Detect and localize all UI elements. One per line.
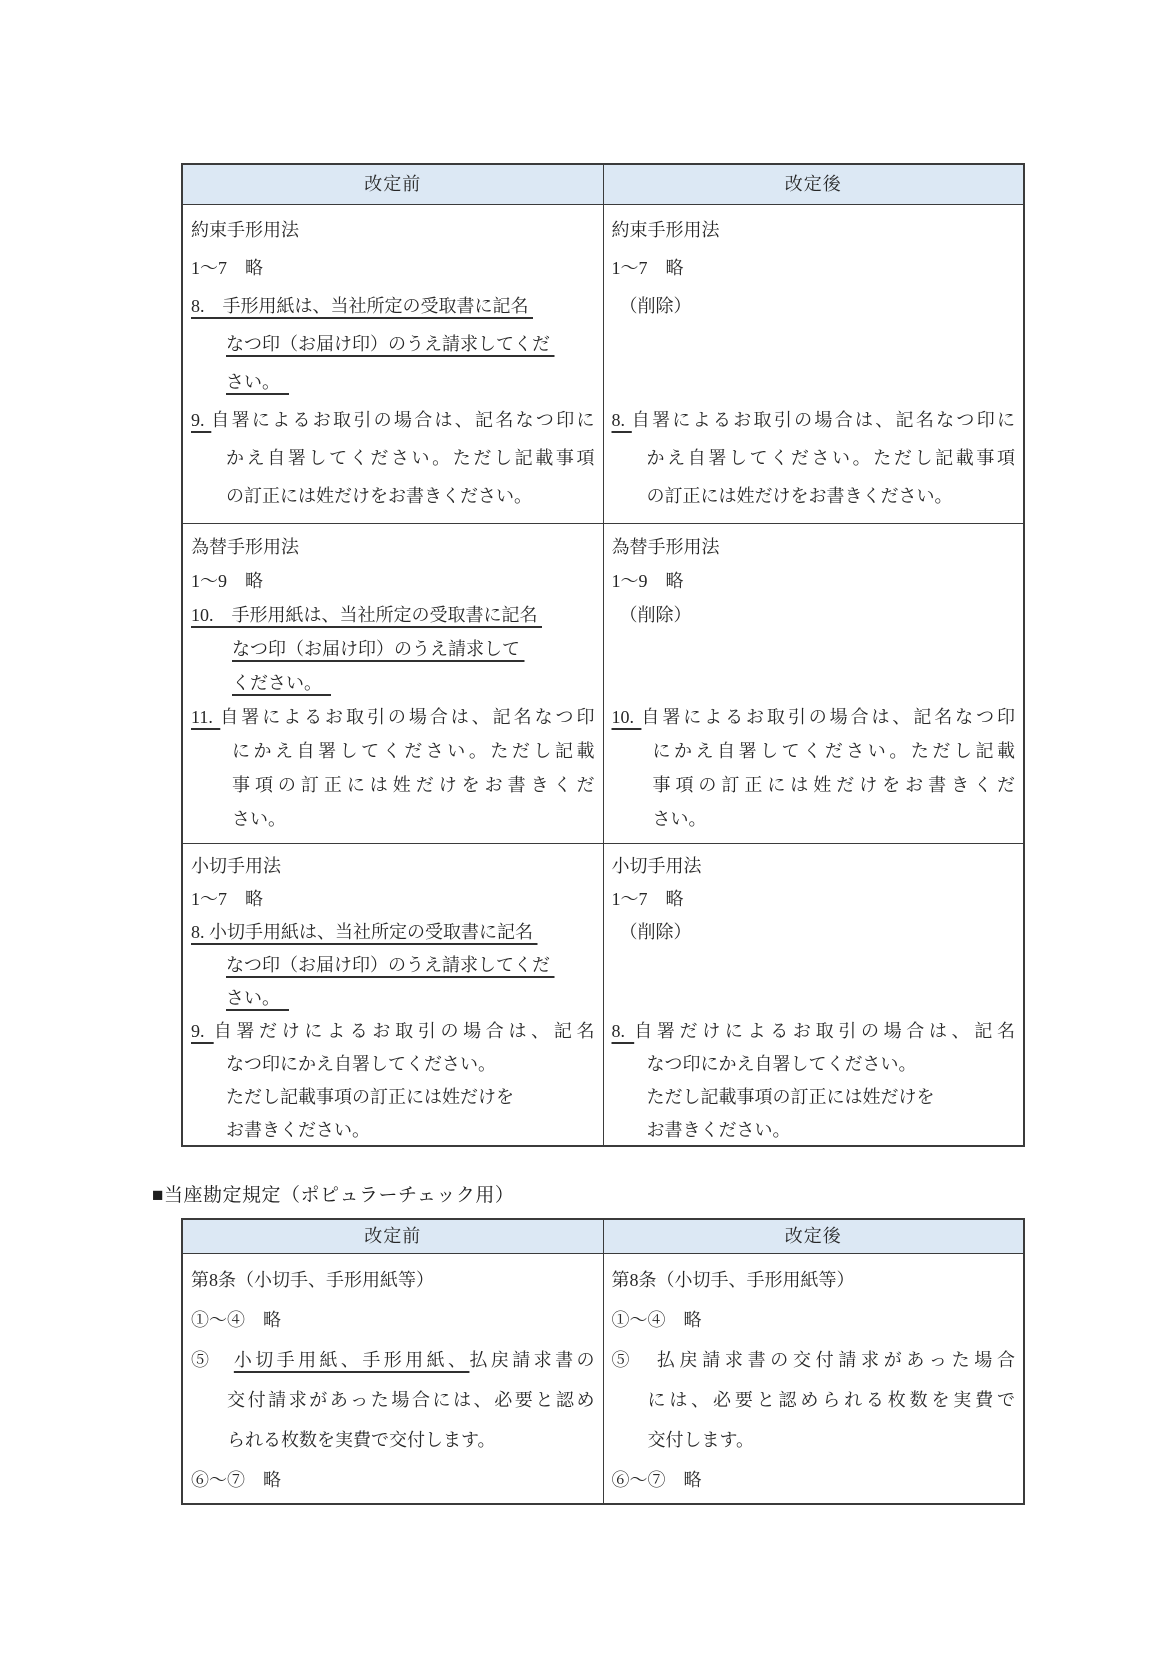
text-line: の訂正には姓だけをお書きください。 [191, 477, 595, 515]
text-line: には、必要と認められる枚数を実費で [612, 1380, 1016, 1420]
text-line: なつ印（お届け印）のうえ請求してくだ [191, 949, 595, 982]
text-line: にかえ自署してください。ただし記載 [191, 734, 595, 768]
text-line: 9. 自署だけによるお取引の場合は、記名 [191, 1015, 595, 1048]
text-segment: 交付します。 [648, 1430, 755, 1450]
text-segment: 為替手形用法 [612, 537, 720, 557]
table-row: 約束手形用法1～7 略8. 手形用紙は、当社所定の受取書に記名 なつ印（お届け印… [183, 205, 1023, 524]
text-line: 約束手形用法 [612, 211, 1016, 249]
text-segment: 自署だけによるお取引の場合は、記名 [214, 1021, 595, 1041]
text-line: 1～7 略 [612, 249, 1016, 287]
text-line: 10. 自署によるお取引の場合は、記名なつ印 [612, 700, 1016, 734]
text-segment: 第8条（小切手、手形用紙等） [612, 1270, 855, 1290]
underlined-text: なつ印（お届け印）のうえ請求してくだ [226, 955, 555, 975]
text-line: 8. 小切手用紙は、当社所定の受取書に記名 [191, 916, 595, 949]
cell-before-revision: 為替手形用法1～9 略10. 手形用紙は、当社所定の受取書に記名 なつ印（お届け… [183, 524, 603, 843]
underlined-text: 小切手用紙、手形用紙、 [234, 1350, 470, 1370]
text-segment: ①～④ 略 [191, 1310, 281, 1330]
underlined-text: 8. 小切手用紙は、当社所定の受取書に記名 [191, 922, 538, 942]
column-header-after: 改定後 [603, 1220, 1024, 1253]
underlined-text: 8. [612, 410, 632, 430]
text-segment: ⑤ [191, 1350, 234, 1370]
text-segment: 1～7 略 [191, 889, 263, 909]
text-line: ①～④ 略 [191, 1300, 595, 1340]
text-segment: られる枚数を実費で交付します。 [227, 1430, 496, 1450]
text-segment: 交付請求があった場合には、必要と認め [227, 1390, 595, 1410]
text-line [612, 632, 1016, 666]
text-segment: なつ印にかえ自署してください。 [647, 1054, 917, 1074]
text-line: 1～7 略 [191, 249, 595, 287]
text-segment: （削除） [620, 922, 692, 942]
table-row: 小切手用法1～7 略8. 小切手用紙は、当社所定の受取書に記名 なつ印（お届け印… [183, 844, 1023, 1145]
text-line: 第8条（小切手、手形用紙等） [612, 1260, 1016, 1300]
text-segment: の訂正には姓だけをお書きください。 [647, 486, 953, 506]
text-line: 小切手用法 [612, 850, 1016, 883]
text-line: ⑥～⑦ 略 [191, 1460, 595, 1500]
text-line: 1～7 略 [612, 883, 1016, 916]
cell-after-revision: 為替手形用法1～9 略（削除） 10. 自署によるお取引の場合は、記名なつ印にか… [603, 524, 1024, 843]
usage-rules-revision-table: 改定前改定後約束手形用法1～7 略8. 手形用紙は、当社所定の受取書に記名 なつ… [181, 163, 1025, 1147]
underlined-text: ください。 [232, 673, 331, 693]
document-page: 改定前改定後約束手形用法1～7 略8. 手形用紙は、当社所定の受取書に記名 なつ… [0, 0, 1170, 1653]
text-line: さい。 [191, 363, 595, 401]
table-header-row: 改定前改定後 [183, 1220, 1023, 1254]
text-segment: ⑥～⑦ 略 [191, 1470, 281, 1490]
underlined-text: 8. 手形用紙は、当社所定の受取書に記名 [191, 296, 533, 316]
text-segment: 約束手形用法 [612, 220, 720, 240]
underlined-text: 9. [191, 410, 211, 430]
text-segment: ⑤ 払戻請求書の交付請求があった場合 [612, 1350, 1016, 1370]
text-line: 11. 自署によるお取引の場合は、記名なつ印 [191, 700, 595, 734]
text-line: さい。 [191, 802, 595, 836]
column-header-before: 改定前 [183, 1220, 603, 1253]
underlined-text: なつ印（お届け印）のうえ請求して [232, 639, 525, 659]
section-heading: ■当座勘定規定（ポピュラーチェック用） [152, 1180, 514, 1207]
text-line: （削除） [612, 287, 1016, 325]
text-segment: ただし記載事項の訂正には姓だけを [647, 1087, 935, 1107]
text-line: ください。 [191, 666, 595, 700]
text-line: ただし記載事項の訂正には姓だけを [612, 1081, 1016, 1114]
text-segment: 事項の訂正には姓だけをお書きくだ [653, 775, 1016, 795]
text-line: にかえ自署してください。ただし記載 [612, 734, 1016, 768]
underlined-text: 11. [191, 707, 220, 727]
text-line: 10. 手形用紙は、当社所定の受取書に記名 [191, 598, 595, 632]
text-segment: 自署によるお取引の場合は、記名なつ印に [632, 410, 1015, 430]
underlined-text: 10. [612, 707, 642, 727]
text-line: 事項の訂正には姓だけをお書きくだ [191, 768, 595, 802]
underlined-text: さい。 [226, 372, 289, 392]
table-header-row: 改定前改定後 [183, 165, 1023, 205]
text-segment: ①～④ 略 [612, 1310, 702, 1330]
text-segment: （削除） [620, 296, 692, 316]
text-segment: ⑥～⑦ 略 [612, 1470, 702, 1490]
text-line [612, 666, 1016, 700]
text-segment: 1～9 略 [612, 571, 684, 591]
cell-after-revision: 約束手形用法1～7 略（削除） 8. 自署によるお取引の場合は、記名なつ印にかえ… [603, 205, 1024, 523]
text-line: お書きください。 [191, 1114, 595, 1145]
text-segment: 小切手用法 [191, 856, 281, 876]
text-segment: 1～7 略 [191, 258, 263, 278]
text-line: 事項の訂正には姓だけをお書きくだ [612, 768, 1016, 802]
text-segment: さい。 [232, 809, 286, 829]
underlined-text: なつ印（お届け印）のうえ請求してくだ [226, 334, 555, 354]
text-line: 1～9 略 [612, 564, 1016, 598]
text-line: 約束手形用法 [191, 211, 595, 249]
text-line: ①～④ 略 [612, 1300, 1016, 1340]
text-line: 9. 自署によるお取引の場合は、記名なつ印に [191, 401, 595, 439]
text-line: ⑥～⑦ 略 [612, 1460, 1016, 1500]
text-line: ⑤ 払戻請求書の交付請求があった場合 [612, 1340, 1016, 1380]
text-segment: 約束手形用法 [191, 220, 299, 240]
text-line: かえ自署してください。ただし記載事項 [612, 439, 1016, 477]
text-line: 8. 手形用紙は、当社所定の受取書に記名 [191, 287, 595, 325]
underlined-text: 10. 手形用紙は、当社所定の受取書に記名 [191, 605, 542, 625]
text-segment: にかえ自署してください。ただし記載 [232, 741, 595, 761]
text-line: の訂正には姓だけをお書きください。 [612, 477, 1016, 515]
cell-before-revision: 第8条（小切手、手形用紙等）①～④ 略⑤ 小切手用紙、手形用紙、払戻請求書の交付… [183, 1254, 603, 1503]
text-line: 交付請求があった場合には、必要と認め [191, 1380, 595, 1420]
text-line: なつ印（お届け印）のうえ請求してくだ [191, 325, 595, 363]
text-segment: 1～7 略 [612, 258, 684, 278]
text-line: （削除） [612, 598, 1016, 632]
text-segment: 払戻請求書の [469, 1350, 594, 1370]
text-line: 小切手用法 [191, 850, 595, 883]
text-segment: なつ印にかえ自署してください。 [226, 1054, 496, 1074]
text-segment: の訂正には姓だけをお書きください。 [226, 486, 532, 506]
text-segment: 事項の訂正には姓だけをお書きくだ [232, 775, 595, 795]
cell-before-revision: 小切手用法1～7 略8. 小切手用紙は、当社所定の受取書に記名 なつ印（お届け印… [183, 844, 603, 1145]
text-line: 交付します。 [612, 1420, 1016, 1460]
underlined-text: さい。 [226, 988, 289, 1008]
text-line: 1～7 略 [191, 883, 595, 916]
text-segment: お書きください。 [226, 1120, 370, 1140]
cell-after-revision: 小切手用法1～7 略（削除） 8. 自署だけによるお取引の場合は、記名なつ印にか… [603, 844, 1024, 1145]
text-line: ただし記載事項の訂正には姓だけを [191, 1081, 595, 1114]
text-segment: 自署によるお取引の場合は、記名なつ印に [211, 410, 594, 430]
text-segment: 自署だけによるお取引の場合は、記名 [634, 1021, 1015, 1041]
text-segment: 為替手形用法 [191, 537, 299, 557]
text-line: 8. 自署によるお取引の場合は、記名なつ印に [612, 401, 1016, 439]
text-line: なつ印にかえ自署してください。 [612, 1048, 1016, 1081]
text-segment: 第8条（小切手、手形用紙等） [191, 1270, 434, 1290]
table-row: 第8条（小切手、手形用紙等）①～④ 略⑤ 小切手用紙、手形用紙、払戻請求書の交付… [183, 1254, 1023, 1503]
text-segment: （削除） [620, 605, 692, 625]
column-header-before: 改定前 [183, 165, 603, 204]
text-line [612, 949, 1016, 982]
text-line: なつ印にかえ自署してください。 [191, 1048, 595, 1081]
text-line [612, 363, 1016, 401]
text-line: 為替手形用法 [612, 530, 1016, 564]
text-segment: には、必要と認められる枚数を実費で [648, 1390, 1016, 1410]
text-line: 8. 自署だけによるお取引の場合は、記名 [612, 1015, 1016, 1048]
text-line: さい。 [191, 982, 595, 1015]
text-segment: 自署によるお取引の場合は、記名なつ印 [641, 707, 1015, 727]
text-segment: ただし記載事項の訂正には姓だけを [226, 1087, 514, 1107]
text-line: られる枚数を実費で交付します。 [191, 1420, 595, 1460]
underlined-text: 8. [612, 1021, 635, 1041]
text-segment: かえ自署してください。ただし記載事項 [647, 448, 1016, 468]
text-line: 第8条（小切手、手形用紙等） [191, 1260, 595, 1300]
text-line: かえ自署してください。ただし記載事項 [191, 439, 595, 477]
text-segment: にかえ自署してください。ただし記載 [653, 741, 1016, 761]
text-line: 為替手形用法 [191, 530, 595, 564]
text-segment: さい。 [653, 809, 707, 829]
text-line: お書きください。 [612, 1114, 1016, 1145]
text-line: 1～9 略 [191, 564, 595, 598]
table-row: 為替手形用法1～9 略10. 手形用紙は、当社所定の受取書に記名 なつ印（お届け… [183, 524, 1023, 844]
text-segment: お書きください。 [647, 1120, 791, 1140]
text-line: （削除） [612, 916, 1016, 949]
text-line: ⑤ 小切手用紙、手形用紙、払戻請求書の [191, 1340, 595, 1380]
text-line [612, 325, 1016, 363]
cell-after-revision: 第8条（小切手、手形用紙等）①～④ 略⑤ 払戻請求書の交付請求があった場合には、… [603, 1254, 1024, 1503]
underlined-text: 9. [191, 1021, 214, 1041]
text-segment: 1～7 略 [612, 889, 684, 909]
cell-before-revision: 約束手形用法1～7 略8. 手形用紙は、当社所定の受取書に記名 なつ印（お届け印… [183, 205, 603, 523]
text-segment: 小切手用法 [612, 856, 702, 876]
touza-kanjo-revision-table: 改定前改定後第8条（小切手、手形用紙等）①～④ 略⑤ 小切手用紙、手形用紙、払戻… [181, 1218, 1025, 1505]
text-segment: かえ自署してください。ただし記載事項 [226, 448, 595, 468]
text-line [612, 982, 1016, 1015]
text-line: さい。 [612, 802, 1016, 836]
text-segment: 1～9 略 [191, 571, 263, 591]
text-segment: 自署によるお取引の場合は、記名なつ印 [220, 707, 594, 727]
column-header-after: 改定後 [603, 165, 1024, 204]
text-line: なつ印（お届け印）のうえ請求して [191, 632, 595, 666]
